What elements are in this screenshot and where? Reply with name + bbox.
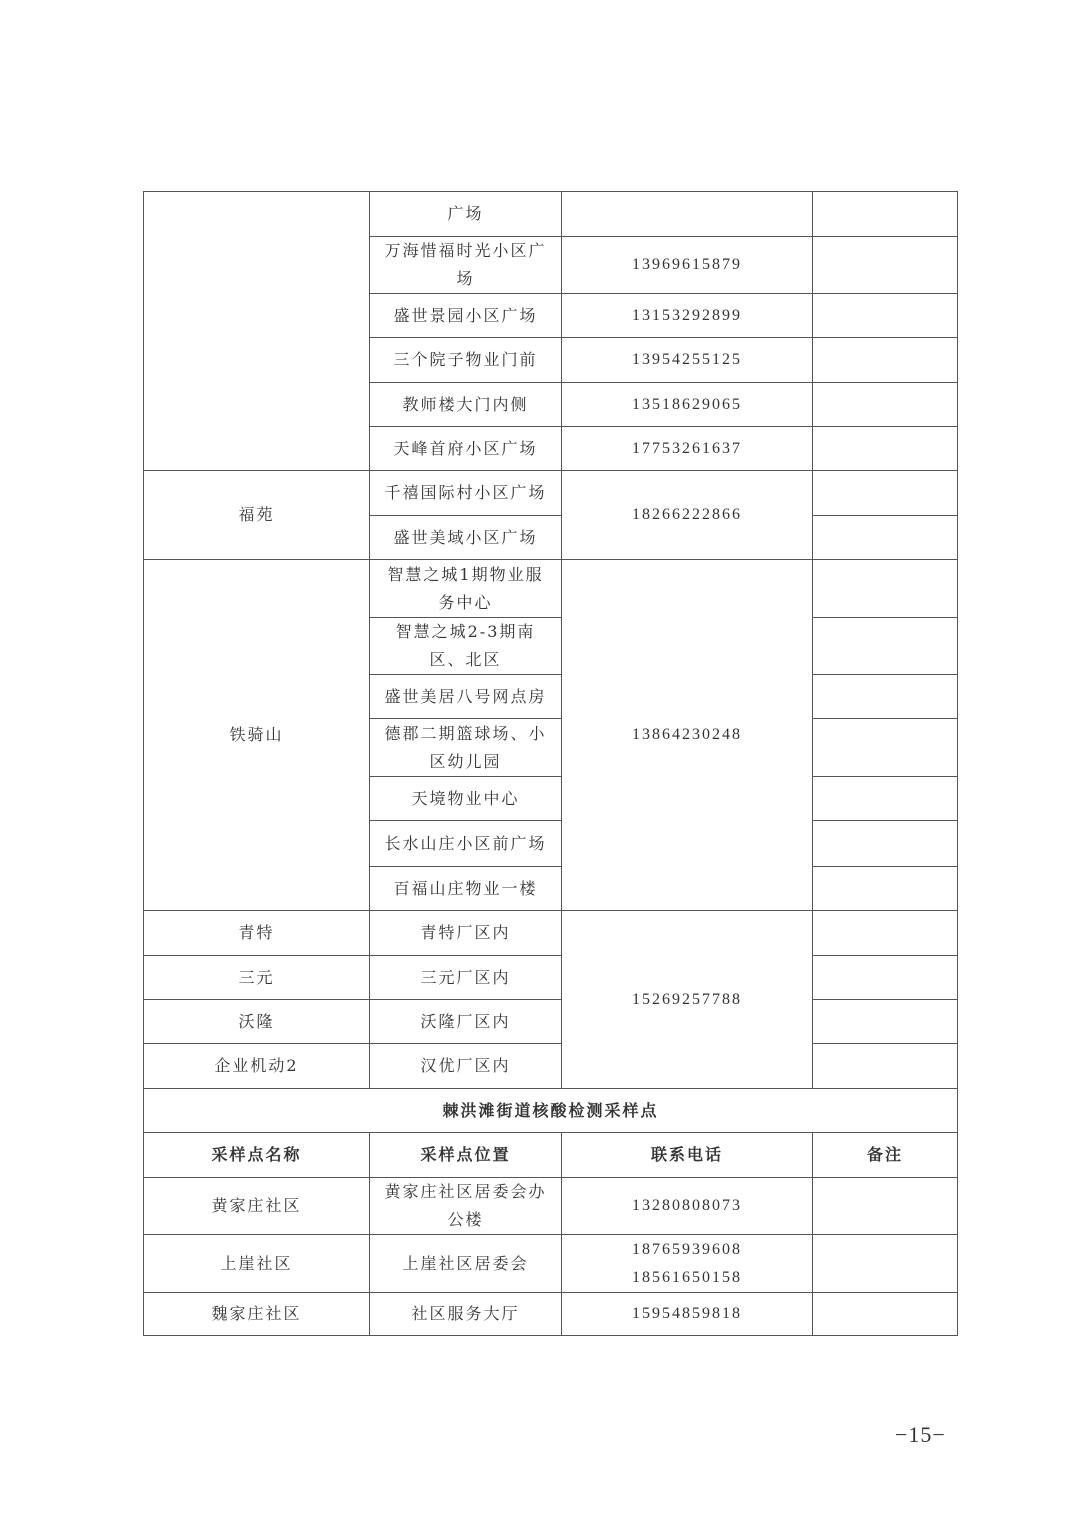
header-name: 采样点名称: [144, 1133, 370, 1178]
site-place-cell: 千禧国际村小区广场: [370, 471, 562, 516]
site-place-cell: 盛世美居八号网点房: [370, 675, 562, 719]
header-place: 采样点位置: [370, 1133, 562, 1178]
note-cell: [813, 237, 958, 294]
site-place-cell: 德郡二期篮球场、小区幼儿园: [370, 719, 562, 777]
note-cell: [813, 516, 958, 560]
site-place-cell: 沃隆厂区内: [370, 1000, 562, 1044]
note-cell: [813, 867, 958, 911]
phone-cell: 15954859818: [562, 1293, 813, 1336]
site-place-cell: 万海惜福时光小区广场: [370, 237, 562, 294]
site-place-cell: 社区服务大厅: [370, 1293, 562, 1336]
site-name-cell: 青特: [144, 911, 370, 956]
phone-cell: 13153292899: [562, 294, 813, 338]
site-place-cell: 三元厂区内: [370, 956, 562, 1000]
site-place-cell: 智慧之城1期物业服务中心: [370, 560, 562, 618]
site-place-cell: 教师楼大门内侧: [370, 383, 562, 427]
site-place-cell: 广场: [370, 192, 562, 237]
site-place-cell: 三个院子物业门前: [370, 338, 562, 383]
header-phone: 联系电话: [562, 1133, 813, 1178]
site-place-cell: 天峰首府小区广场: [370, 427, 562, 471]
note-cell: [813, 1044, 958, 1089]
note-cell: [813, 1293, 958, 1336]
phone-cell: 13954255125: [562, 338, 813, 383]
phone-cell: [562, 192, 813, 237]
phone-cell: 13864230248: [562, 560, 813, 911]
note-cell: [813, 192, 958, 237]
phone-cell: 17753261637: [562, 427, 813, 471]
note-cell: [813, 777, 958, 821]
site-place-cell: 长水山庄小区前广场: [370, 821, 562, 867]
note-cell: [813, 719, 958, 777]
site-place-cell: 汉优厂区内: [370, 1044, 562, 1089]
note-cell: [813, 1178, 958, 1235]
site-place-cell: 上崖社区居委会: [370, 1235, 562, 1293]
site-place-cell: 黄家庄社区居委会办公楼: [370, 1178, 562, 1235]
phone-cell: 13969615879: [562, 237, 813, 294]
phone-cell: 15269257788: [562, 911, 813, 1089]
note-cell: [813, 675, 958, 719]
site-place-cell: 天境物业中心: [370, 777, 562, 821]
phone-cell: 13280808073: [562, 1178, 813, 1235]
site-name-cell: 铁骑山: [144, 560, 370, 911]
site-place-cell: 盛世美域小区广场: [370, 516, 562, 560]
sampling-sites-table: 广场 万海惜福时光小区广场 13969615879 盛世景园小区广场 13153…: [143, 191, 958, 1336]
phone-line: 18561650158: [572, 1264, 802, 1292]
phone-cell: 13518629065: [562, 383, 813, 427]
note-cell: [813, 821, 958, 867]
site-name-cell: 魏家庄社区: [144, 1293, 370, 1336]
site-place-cell: 智慧之城2-3期南区、北区: [370, 618, 562, 675]
phone-cell: 18765939608 18561650158: [562, 1235, 813, 1293]
note-cell: [813, 294, 958, 338]
phone-cell: 18266222866: [562, 471, 813, 560]
site-name-cell: 三元: [144, 956, 370, 1000]
note-cell: [813, 618, 958, 675]
note-cell: [813, 1000, 958, 1044]
site-place-cell: 盛世景园小区广场: [370, 294, 562, 338]
site-name-cell: 上崖社区: [144, 1235, 370, 1293]
header-note: 备注: [813, 1133, 958, 1178]
site-name-cell: 企业机动2: [144, 1044, 370, 1089]
note-cell: [813, 911, 958, 956]
note-cell: [813, 956, 958, 1000]
note-cell: [813, 471, 958, 516]
site-name-cell: 沃隆: [144, 1000, 370, 1044]
site-place-cell: 青特厂区内: [370, 911, 562, 956]
note-cell: [813, 560, 958, 618]
section-title: 棘洪滩街道核酸检测采样点: [144, 1089, 958, 1133]
page-number: −15−: [895, 1422, 946, 1448]
phone-line: 18765939608: [572, 1236, 802, 1264]
note-cell: [813, 338, 958, 383]
site-place-cell: 百福山庄物业一楼: [370, 867, 562, 911]
site-name-cell: [144, 192, 370, 471]
site-name-cell: 福苑: [144, 471, 370, 560]
site-name-cell: 黄家庄社区: [144, 1178, 370, 1235]
note-cell: [813, 1235, 958, 1293]
note-cell: [813, 427, 958, 471]
note-cell: [813, 383, 958, 427]
